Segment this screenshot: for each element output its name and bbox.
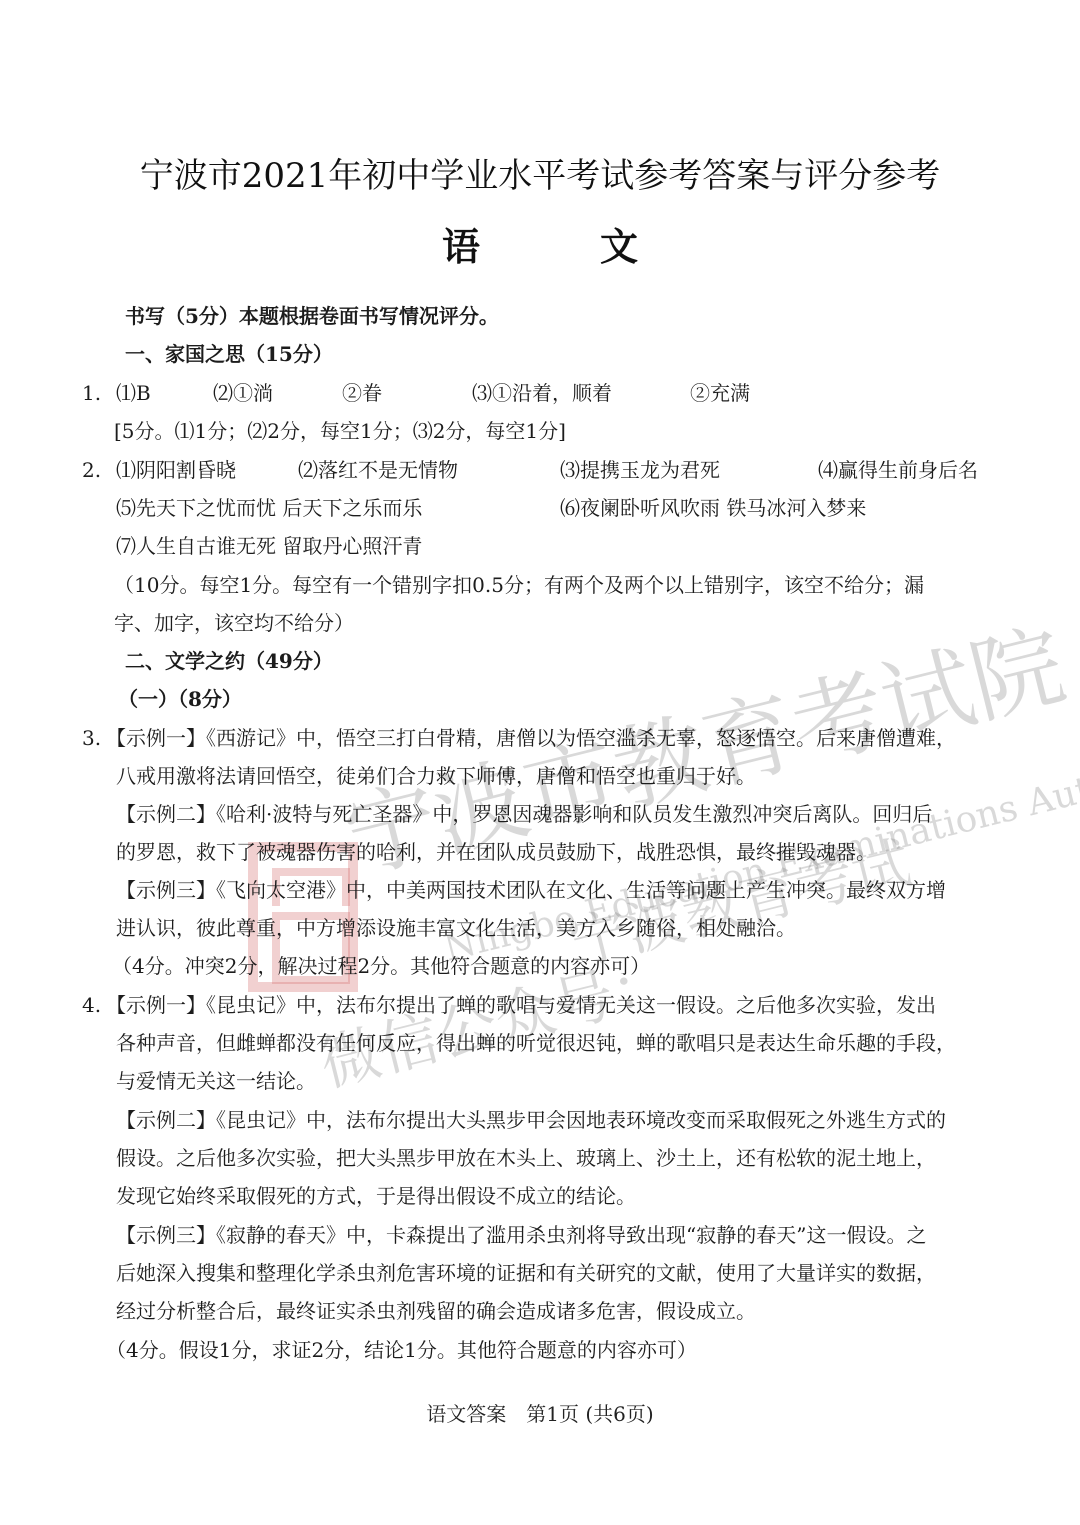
q2-scoring-line-2: 字、加字，该空均不给分）: [114, 613, 354, 633]
q4-line-1: 【示例一】《昆虫记》中，法布尔提出了蝉的歌唱与爱情无关这一假设。之后他多次实验，…: [106, 995, 936, 1015]
q2-answer-1: ⑴阴阳割昏晓: [116, 460, 236, 480]
q4-line-8: 后她深入搜集和整理化学杀虫剂危害环境的证据和有关研究的文献，使用了大量详实的数据…: [116, 1263, 936, 1283]
q3-line-2: 八戒用激将法请回悟空，徒弟们合力救下师傅，唐僧和悟空也重归于好。: [116, 766, 756, 786]
page-footer: 语文答案 第1页 (共6页): [0, 1398, 1080, 1427]
subject-heading: 语文: [0, 216, 1080, 271]
q3-scoring: （4分。冲突2分，解决过程2分。其他符合题意的内容亦可）: [112, 956, 650, 976]
q1-answer-3: ②眷: [342, 383, 382, 403]
q2-answer-4: ⑷赢得生前身后名: [818, 460, 978, 480]
q4-line-6: 发现它始终采取假死的方式，于是得出假设不成立的结论。: [116, 1186, 636, 1206]
section-2-sub-heading: （一）（8分）: [118, 689, 242, 709]
q1-number: 1.: [82, 383, 101, 403]
q1-scoring: [5分。⑴1分；⑵2分，每空1分；⑶2分，每空1分]: [114, 421, 566, 441]
q1-answer-1: ⑴B: [116, 383, 151, 403]
q1-answer-2: ⑵①淌: [213, 383, 273, 403]
q4-line-3: 与爱情无关这一结论。: [116, 1071, 316, 1091]
q4-line-9: 经过分析整合后，最终证实杀虫剂残留的确会造成诸多危害，假设成立。: [116, 1301, 756, 1321]
subject-char-1: 语: [442, 216, 480, 271]
q4-line-7: 【示例三】《寂静的春天》中，卡森提出了滥用杀虫剂将导致出现“寂静的春天”这一假设…: [116, 1225, 926, 1245]
q2-number: 2.: [82, 460, 101, 480]
document-page: 宁波市教育考试院 Ningbo Education Examinations A…: [0, 0, 1080, 1525]
q4-scoring: （4分。假设1分，求证2分，结论1分。其他符合题意的内容亦可）: [106, 1340, 697, 1360]
q3-line-5: 【示例三】《飞向太空港》中，中美两国技术团队在文化、生活等问题上产生冲突。最终双…: [116, 880, 946, 900]
q2-answer-6: ⑹夜阑卧听风吹雨 铁马冰河入梦来: [560, 498, 866, 518]
q2-answer-5: ⑸先天下之忧而忧 后天下之乐而乐: [116, 498, 422, 518]
q3-line-6: 进认识，彼此尊重，中方增添设施丰富文化生活，美方入乡随俗，相处融洽。: [116, 918, 796, 938]
q4-line-5: 假设。之后他多次实验，把大头黑步甲放在木头上、玻璃上、沙土上，还有松软的泥土地上…: [116, 1148, 936, 1168]
q4-line-2: 各种声音，但雌蝉都没有任何反应，得出蝉的听觉很迟钝，蝉的歌唱只是表达生命乐趣的手…: [116, 1033, 956, 1053]
q3-number: 3.: [82, 728, 101, 748]
q2-answer-7: ⑺人生自古谁无死 留取丹心照汗青: [116, 536, 422, 556]
subject-char-2: 文: [600, 216, 638, 271]
q3-line-4: 的罗恩，救下了被魂器伤害的哈利，并在团队成员鼓励下，战胜恐惧，最终摧毁魂器。: [116, 842, 876, 862]
q3-line-3: 【示例二】《哈利·波特与死亡圣器》中，罗恩因魂器影响和队员发生激烈冲突后离队。回…: [116, 804, 932, 824]
q1-answer-4: ⑶①沿着，顺着: [472, 383, 612, 403]
section-1-heading: 一、家国之思（15分）: [125, 344, 333, 364]
q3-line-1: 【示例一】《西游记》中，悟空三打白骨精，唐僧以为悟空滥杀无辜，怒逐悟空。后来唐僧…: [106, 728, 956, 748]
q2-answer-3: ⑶提携玉龙为君死: [560, 460, 720, 480]
handwriting-note: 书写（5分）本题根据卷面书写情况评分。: [125, 306, 499, 326]
section-2-heading: 二、文学之约（49分）: [125, 651, 333, 671]
q2-answer-2: ⑵落红不是无情物: [298, 460, 458, 480]
q4-number: 4.: [82, 995, 101, 1015]
q1-answer-5: ②充满: [690, 383, 750, 403]
document-title: 宁波市2021年初中学业水平考试参考答案与评分参考: [0, 148, 1080, 197]
q4-line-4: 【示例二】《昆虫记》中，法布尔提出大头黑步甲会因地表环境改变而采取假死之外逃生方…: [116, 1110, 946, 1130]
q2-scoring-line-1: （10分。每空1分。每空有一个错别字扣0.5分；有两个及两个以上错别字，该空不给…: [114, 575, 924, 595]
